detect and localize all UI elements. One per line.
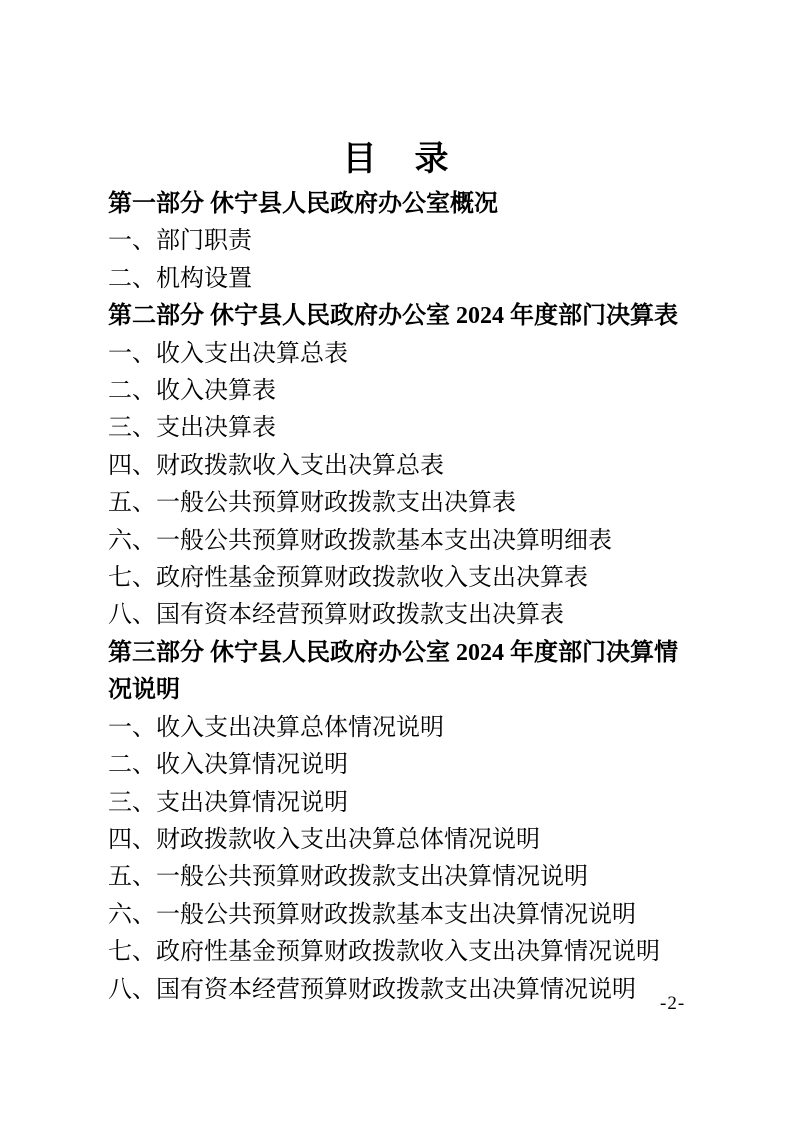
toc-item: 五、一般公共预算财政拨款支出决算情况说明 [108, 859, 692, 896]
toc-item: 一、收入支出决算总表 [108, 336, 692, 373]
toc-item: 二、收入决算情况说明 [108, 747, 692, 784]
toc-section-heading: 第三部分 休宁县人民政府办公室 2024 年度部门决算情况说明 [108, 635, 692, 710]
toc-item: 六、一般公共预算财政拨款基本支出决算明细表 [108, 523, 692, 560]
toc-item: 三、支出决算表 [108, 410, 692, 447]
page-number: -2- [660, 994, 685, 1014]
toc-section-heading: 第一部分 休宁县人民政府办公室概况 [108, 186, 692, 223]
toc-section-heading: 第二部分 休宁县人民政府办公室 2024 年度部门决算表 [108, 298, 692, 335]
toc-item: 二、机构设置 [108, 261, 692, 298]
toc-item: 三、支出决算情况说明 [108, 785, 692, 822]
table-of-contents: 第一部分 休宁县人民政府办公室概况一、部门职责二、机构设置第二部分 休宁县人民政… [108, 186, 692, 1009]
toc-item: 八、国有资本经营预算财政拨款支出决算情况说明 [108, 972, 692, 1009]
toc-item: 七、政府性基金预算财政拨款收入支出决算表 [108, 560, 692, 597]
page-title: 目 录 [0, 141, 793, 178]
toc-item: 一、部门职责 [108, 223, 692, 260]
document-page: 目 录 第一部分 休宁县人民政府办公室概况一、部门职责二、机构设置第二部分 休宁… [0, 0, 793, 1122]
toc-item: 七、政府性基金预算财政拨款收入支出决算情况说明 [108, 934, 692, 971]
toc-item: 五、一般公共预算财政拨款支出决算表 [108, 485, 692, 522]
toc-item: 八、国有资本经营预算财政拨款支出决算表 [108, 597, 692, 634]
toc-item: 二、收入决算表 [108, 373, 692, 410]
toc-item: 六、一般公共预算财政拨款基本支出决算情况说明 [108, 897, 692, 934]
toc-item: 四、财政拨款收入支出决算总体情况说明 [108, 822, 692, 859]
toc-item: 四、财政拨款收入支出决算总表 [108, 448, 692, 485]
toc-item: 一、收入支出决算总体情况说明 [108, 710, 692, 747]
